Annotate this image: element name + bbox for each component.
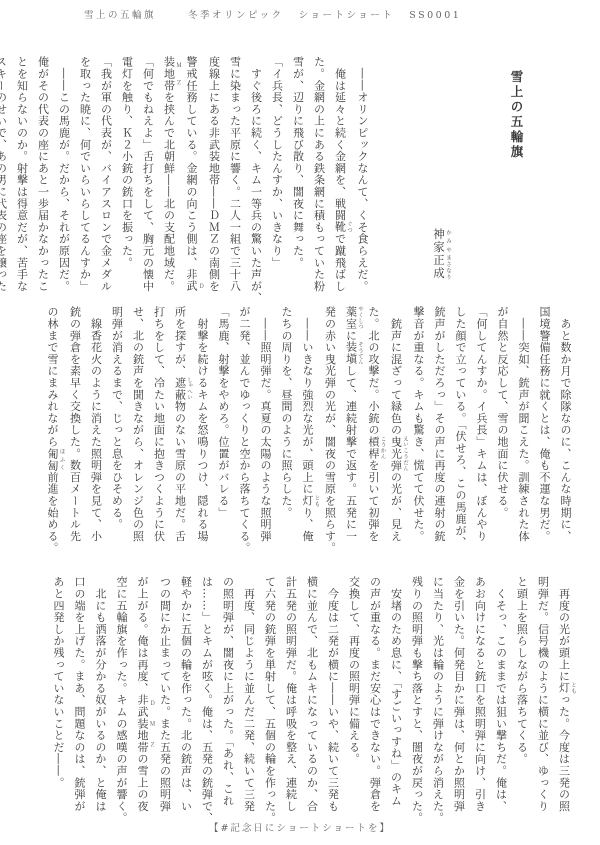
- text-column: あと数か月で除隊なのに、こんな時期に、: [555, 306, 576, 558]
- text-column: 計五発の照明弾だ。俺は呼吸を整え、連続し: [281, 576, 302, 828]
- text-column: 明弾だ。信号機のように横に並び、ゆっくり: [533, 576, 554, 828]
- text-column: 雪に染まった平原に響く。二人一組で三十八: [225, 56, 246, 308]
- text-column: の照明弾が、闇夜に上がった。「あれ、これ: [218, 576, 239, 828]
- text-column: 交換して、再度の照明弾に備える。: [344, 576, 365, 828]
- text-column: 撃音が重なる。キムも驚き、慌てて伏せた。: [408, 306, 429, 558]
- text-column: あと四発しか残っていないことだ――。: [48, 576, 69, 828]
- text-column: ――いきなり強烈な光が、頭上に灯ともり、俺: [297, 306, 320, 558]
- text-column: の声が重なる。まだ安心はできない。弾倉を: [365, 576, 386, 828]
- text-column: を取った暁に、何でいらいらしてるんすか」: [75, 56, 96, 308]
- text-column: 俺は延々と続く金網を、戦闘靴ぐつで蹴飛ばし: [330, 56, 353, 308]
- text-column: 銃声がしただろっ」その声に再度の連射の銃: [429, 306, 450, 558]
- text-column: 射撃を続けるキムを怒鳴りつけ、隠れる場: [192, 306, 213, 558]
- text-block-1: 雪上の五輪旗 神家かみや正成まさなり ――オリンピックなんて、くそ食らえだ。 俺…: [20, 56, 576, 308]
- header-code: SS0001: [409, 10, 461, 21]
- text-column: くそっ、このままでは狙い撃ちだ。俺は、: [491, 576, 512, 828]
- text-column: た。北の攻撃だ。小銃の槓桿こうかんを引いて初弾を: [363, 306, 386, 558]
- text-column: は……」とキムが呟く。俺は、五発の銃弾で、: [197, 576, 218, 828]
- text-column: 所を探すが、遮蔽しゃへい物のない雪原の平地だ。舌: [170, 306, 193, 558]
- text-column: ――オリンピックなんて、くそ食らえだ。: [352, 56, 373, 308]
- text-column: に当たり、光は輪のように弾けながら消えた。: [428, 576, 449, 828]
- text-column: 空に五輪旗を作った。キムの感嘆の声が響く。: [111, 576, 132, 828]
- text-column: ――突如、銃声が聞こえた。訓練された体: [513, 306, 534, 558]
- text-column: が二発、並んでゆっくりと空から落ちてくる。: [234, 306, 255, 558]
- text-column: が上がる。俺は再度、非武装地帯ＤＭＺの雪上の夜: [132, 576, 155, 828]
- text-column: ――この馬鹿が。だから、それが原因だ。: [54, 56, 75, 308]
- story-author: 神家かみや正成まさなり: [428, 56, 451, 308]
- text-column: 発の赤い曳光弾の光が、闇夜の雪原を照らす。: [320, 306, 341, 558]
- text-column: 今度は二発が横に――いや、続いて三発も: [323, 576, 344, 828]
- text-column: 装地帯ＭＺを挟んで北朝鮮――北の支配地域だ。: [159, 56, 182, 308]
- story-title: 雪上の五輪旗: [505, 56, 528, 308]
- text-column: 「何してんすか。イ兵長」キムは、ぼんやり: [471, 306, 492, 558]
- text-column: ――照明弾だ。真夏の太陽のような照明弾: [255, 306, 276, 558]
- header-doc-title: 雪上の五輪旗: [84, 10, 156, 21]
- document-page: 雪上の五輪旗冬季オリンピックショートショートSS0001 雪上の五輪旗 神家かみ…: [0, 0, 600, 845]
- text-column: あお向けになると銃口を照明弾に向け、引き: [470, 576, 491, 828]
- text-column: スキーのせいで、あの男に代表の座を譲った: [0, 56, 12, 308]
- text-column: 安堵のため息に、「すごいっすね」のキム: [386, 576, 407, 828]
- text-column: 再度の光が頭上に灯ともった。今度は三発の照: [554, 576, 577, 828]
- text-column: 警戒任務している。金網の向こう側は、非武Ｄ: [181, 56, 204, 308]
- text-column: つの間にか止まっていた。また五発の照明弾: [155, 576, 176, 828]
- text-column: 再度、同じように並んだ二発、続いて三発: [239, 576, 260, 828]
- header-event-label: 冬季オリンピック: [188, 10, 284, 21]
- text-column: とを知らないのか。射撃は得意だが、苦手な: [12, 56, 33, 308]
- text-column: 「我が軍の代表が、バイアスロンで金メダル: [96, 56, 117, 308]
- text-column: 「イ兵長、どうしたんすか、いきなり」: [267, 56, 288, 308]
- text-column: 北にも洒落が分かる奴がいるのか、と俺は: [90, 576, 111, 828]
- text-column: 軽やかに五個の輪を作った。北の銃声は、い: [176, 576, 197, 828]
- text-column: 横に並んで、北もムキになっているのか、合: [302, 576, 323, 828]
- text-column: すぐ後ろに続く、キム一等兵の驚いた声が、: [246, 56, 267, 308]
- text-column: た。金網の上にある鉄条網に積もっていた粉: [309, 56, 330, 308]
- text-column: たちの周りを、昼間のように照らした。: [276, 306, 297, 558]
- text-block-3: 再度の光が頭上に灯ともった。今度は三発の照明弾だ。信号機のように横に並び、ゆっく…: [20, 576, 576, 828]
- text-column: 雪が、辺りに飛び散り、闇夜に舞った。: [288, 56, 309, 308]
- text-column: 俺がその代表の座にあと一歩届かなかったこ: [33, 56, 54, 308]
- text-block-2: あと数か月で除隊なのに、こんな時期に、国境警備任務に就くとは、俺も不運な男だ。 …: [20, 306, 576, 558]
- text-column: 打ちをして、冷たい地面に抱きつくように伏: [149, 306, 170, 558]
- text-column: 残りの照明弾も撃ち落とすと、闇夜が戻った。: [407, 576, 428, 828]
- text-column: 銃の弾倉を素早く交換した。数百メートル先: [65, 306, 86, 558]
- text-column: 「馬鹿、射撃をやめろ。位置がバレる」: [213, 306, 234, 558]
- text-column: 金を引いた。何発目かに弾は、何とか照明弾: [449, 576, 470, 828]
- header-genre-label: ショートショート: [299, 10, 395, 21]
- text-column: 「何でもねえよ」舌打ちをして、胸元の懐中: [138, 56, 159, 308]
- text-column: て六発の銃弾を単射して、五個の輪を作った。: [260, 576, 281, 828]
- text-column: 明弾が消えるまで、じっと息をひそめる。: [107, 306, 128, 558]
- text-column: せ、北の銃声を聞きながら、オレンジ色の照: [128, 306, 149, 558]
- page-header: 雪上の五輪旗冬季オリンピックショートショートSS0001: [0, 7, 600, 21]
- text-column: が自然と反応して、雪の地面に伏せる。: [492, 306, 513, 558]
- text-column: 薬室やくしつに装塡そうてんして、連続射撃で返す。五発に一: [341, 306, 364, 558]
- text-column: 電灯を触り、Ｋ２小銃の銃口を振った。: [117, 56, 138, 308]
- text-column: 線香花火のように消えた照明弾を見て、小: [86, 306, 107, 558]
- text-column: 銃声に混ざって緑色の曳光弾えいこうだんの光が、見え: [386, 306, 409, 558]
- text-column: と頭上を照らしながら落ちてくる。: [512, 576, 533, 828]
- text-column: 口の端を上げた。まあ、問題なのは、銃弾が: [69, 576, 90, 828]
- footer-hashtag: 【#記念日にショートショートを】: [0, 820, 600, 834]
- text-column: 度線上にある非武装地帯――ＤＭＺの南側を: [204, 56, 225, 308]
- text-column: の林まで雪にまみれながら匍匐ほふく前進を始める。: [42, 306, 65, 558]
- text-column: 国境警備任務に就くとは、俺も不運な男だ。: [534, 306, 555, 558]
- text-column: した顔で立っている。「伏せろ、この馬鹿が、: [450, 306, 471, 558]
